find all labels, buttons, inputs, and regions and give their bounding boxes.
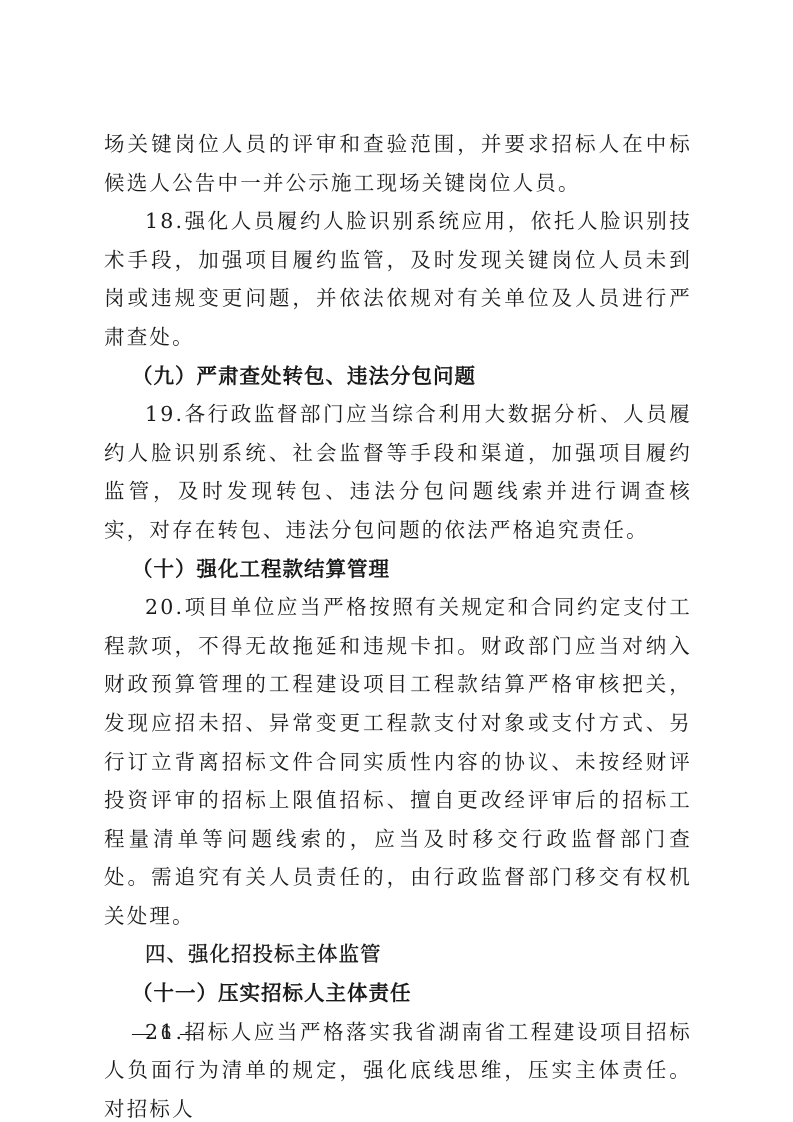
paragraph-item-19: 19.各行政监督部门应当综合利用大数据分析、人员履约人脸识别系统、社会监督等手段… bbox=[104, 395, 692, 549]
subheading-9: （九）严肃查处转包、违法分包问题 bbox=[104, 357, 692, 396]
paragraph-item-18: 18.强化人员履约人脸识别系统应用，依托人脸识别技术手段，加强项目履约监管，及时… bbox=[104, 202, 692, 356]
subheading-10: （十）强化工程款结算管理 bbox=[104, 550, 692, 589]
subheading-11: （十一）压实招标人主体责任 bbox=[104, 974, 692, 1013]
section-heading-4: 四、强化招投标主体监管 bbox=[104, 935, 692, 974]
paragraph-item-20: 20.项目单位应当严格按照有关规定和合同约定支付工程款项，不得无故拖延和违规卡扣… bbox=[104, 588, 692, 935]
document-body: 场关键岗位人员的评审和查验范围，并要求招标人在中标候选人公告中一并公示施工现场关… bbox=[104, 125, 692, 1122]
page-number: — 6 — bbox=[132, 1022, 202, 1045]
document-page: 场关键岗位人员的评审和查验范围，并要求招标人在中标候选人公告中一并公示施工现场关… bbox=[0, 0, 793, 1122]
paragraph-continuation: 场关键岗位人员的评审和查验范围，并要求招标人在中标候选人公告中一并公示施工现场关… bbox=[104, 125, 692, 202]
